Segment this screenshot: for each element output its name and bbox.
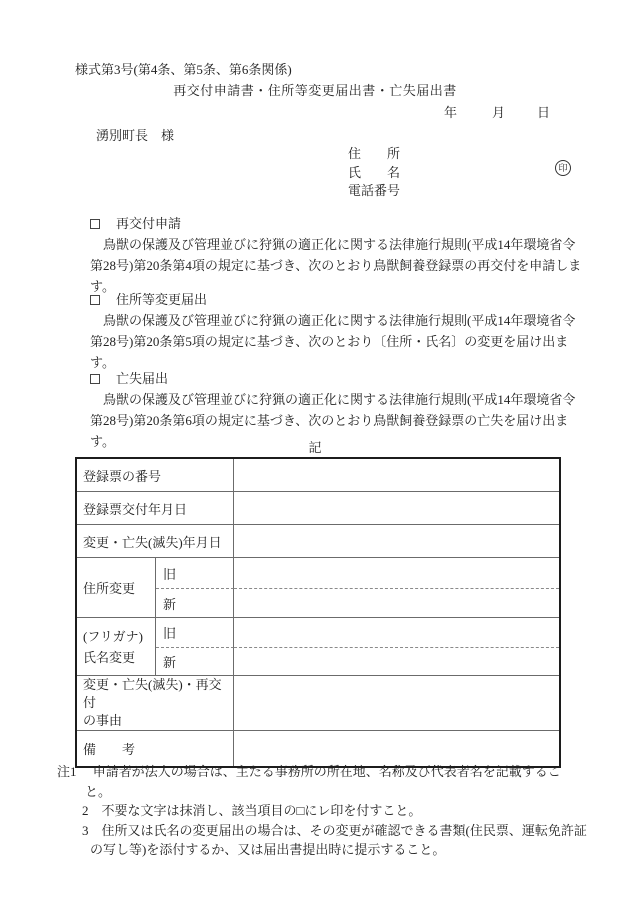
reason-label-line2: の事由 [83, 712, 233, 730]
name-change-label: 氏名変更 [83, 647, 155, 668]
registration-number-value-cell[interactable] [234, 459, 559, 492]
form-number: 様式第3号(第4条、第5条、第6条関係) [75, 63, 292, 76]
reason-row-label: 変更・亡失(滅失)・再交付 の事由 [77, 676, 234, 731]
footnotes: 注1 申請者が法人の場合は、主たる事務所の所在地、名称及び代表者名を記載するこ … [0, 762, 630, 860]
section-address-change-text-line1: 鳥獣の保護及び管理並びに狩猟の適正化に関する法律施行規則(平成14年環境省令 [90, 310, 570, 331]
section-loss: 亡失届出 鳥獣の保護及び管理並びに狩猟の適正化に関する法律施行規則(平成14年環… [90, 368, 570, 452]
remarks-label: 備 考 [77, 731, 234, 766]
name-old-label: 旧 [156, 618, 234, 648]
phone-field-label: 電話番号 [348, 184, 400, 197]
date-month-label: 月 [492, 106, 505, 119]
note-3-line2: の写し等)を添付するか、又は届出書提出時に提示すること。 [90, 840, 630, 860]
issue-date-value-cell[interactable] [234, 492, 559, 525]
change-loss-date-label: 変更・亡失(滅失)年月日 [77, 525, 234, 558]
checkbox-reissue[interactable] [90, 219, 100, 229]
reason-label-line1: 変更・亡失(滅失)・再交付 [83, 676, 233, 712]
section-address-change-label: 住所等変更届出 [116, 292, 207, 307]
section-loss-label: 亡失届出 [116, 371, 168, 386]
furigana-label: (フリガナ) [83, 626, 155, 647]
table-heading: 記 [0, 441, 630, 454]
section-loss-text-line2: 第28号)第20条第6項の規定に基づき、次のとおり鳥獣飼養登録票の亡失を届け出ま [90, 410, 570, 431]
section-reissue-label: 再交付申請 [116, 216, 181, 231]
address-field-label: 住 所 [348, 147, 400, 160]
address-new-value-cell[interactable] [234, 589, 559, 618]
reason-value-cell[interactable] [234, 676, 559, 731]
address-new-label: 新 [156, 589, 234, 618]
table-row: (フリガナ) 氏名変更 旧 [77, 618, 559, 648]
name-new-label: 新 [156, 648, 234, 677]
page-title: 再交付申請書・住所等変更届出書・亡失届出書 [0, 84, 630, 97]
address-old-label: 旧 [156, 558, 234, 589]
note-2: 2 不要な文字は抹消し、該当項目の□にレ印を付すこと。 [82, 801, 630, 821]
note-1-line2: と。 [85, 782, 630, 802]
issue-date-label: 登録票交付年月日 [77, 492, 234, 525]
name-change-row-label: (フリガナ) 氏名変更 [77, 618, 156, 676]
table-row: 登録票交付年月日 [77, 492, 559, 525]
table-row: 変更・亡失(滅失)年月日 [77, 525, 559, 558]
note-1-line1: 注1 申請者が法人の場合は、主たる事務所の所在地、名称及び代表者名を記載するこ [57, 762, 630, 782]
address-change-row-label: 住所変更 [77, 558, 156, 618]
details-table: 登録票の番号 登録票交付年月日 変更・亡失(滅失)年月日 住所変更 旧 新 (フ… [75, 457, 561, 768]
name-new-value-cell[interactable] [234, 648, 559, 677]
section-address-change: 住所等変更届出 鳥獣の保護及び管理並びに狩猟の適正化に関する法律施行規則(平成1… [90, 289, 570, 373]
seal-icon: 印 [555, 160, 571, 176]
registration-number-label: 登録票の番号 [77, 459, 234, 492]
section-reissue: 再交付申請 鳥獣の保護及び管理並びに狩猟の適正化に関する法律施行規則(平成14年… [90, 213, 570, 297]
date-year-label: 年 [444, 106, 457, 119]
section-loss-text-line1: 鳥獣の保護及び管理並びに狩猟の適正化に関する法律施行規則(平成14年環境省令 [90, 389, 570, 410]
name-field-label: 氏 名 [348, 166, 400, 179]
table-row: 登録票の番号 [77, 459, 559, 492]
remarks-value-cell[interactable] [234, 731, 559, 766]
table-row: 住所変更 旧 [77, 558, 559, 589]
addressee: 湧別町長 様 [96, 129, 174, 142]
checkbox-loss[interactable] [90, 374, 100, 384]
address-old-value-cell[interactable] [234, 558, 559, 589]
date-day-label: 日 [537, 106, 550, 119]
form-page: 様式第3号(第4条、第5条、第6条関係) 再交付申請書・住所等変更届出書・亡失届… [0, 0, 630, 915]
section-reissue-text-line2: 第28号)第20条第4項の規定に基づき、次のとおり鳥獣飼養登録票の再交付を申請し… [90, 255, 570, 276]
change-loss-date-value-cell[interactable] [234, 525, 559, 558]
checkbox-address-change[interactable] [90, 295, 100, 305]
name-old-value-cell[interactable] [234, 618, 559, 648]
note-3-line1: 3 住所又は氏名の変更届出の場合は、その変更が確認できる書類(住民票、運転免許証 [82, 821, 630, 841]
table-row: 備 考 [77, 731, 559, 766]
section-reissue-text-line1: 鳥獣の保護及び管理並びに狩猟の適正化に関する法律施行規則(平成14年環境省令 [90, 234, 570, 255]
section-address-change-text-line2: 第28号)第20条第5項の規定に基づき、次のとおり〔住所・氏名〕の変更を届け出ま [90, 331, 570, 352]
table-row: 変更・亡失(滅失)・再交付 の事由 [77, 676, 559, 731]
